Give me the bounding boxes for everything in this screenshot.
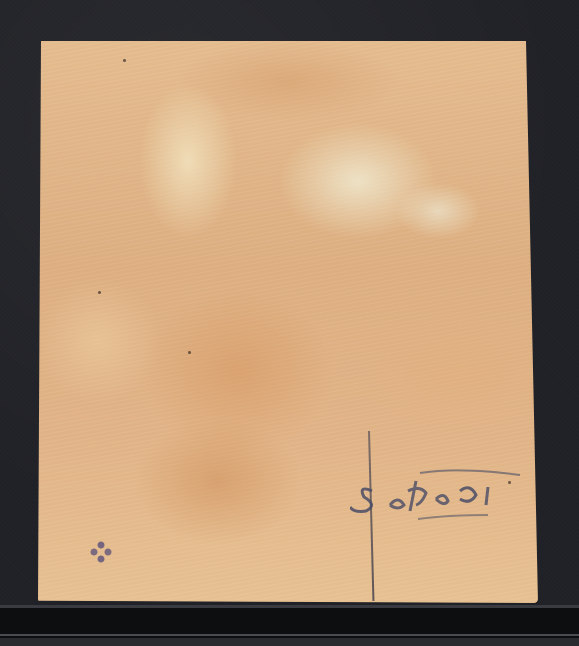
expert-signature [350, 461, 530, 531]
stamp-back [38, 41, 538, 603]
strip-lower-band [0, 638, 579, 646]
mount-strip [0, 605, 579, 646]
handstamp-mark [88, 539, 114, 565]
paper-speck [188, 351, 191, 354]
paper-speck [98, 291, 101, 294]
paper-speck [123, 59, 126, 62]
strip-divider [0, 634, 579, 636]
